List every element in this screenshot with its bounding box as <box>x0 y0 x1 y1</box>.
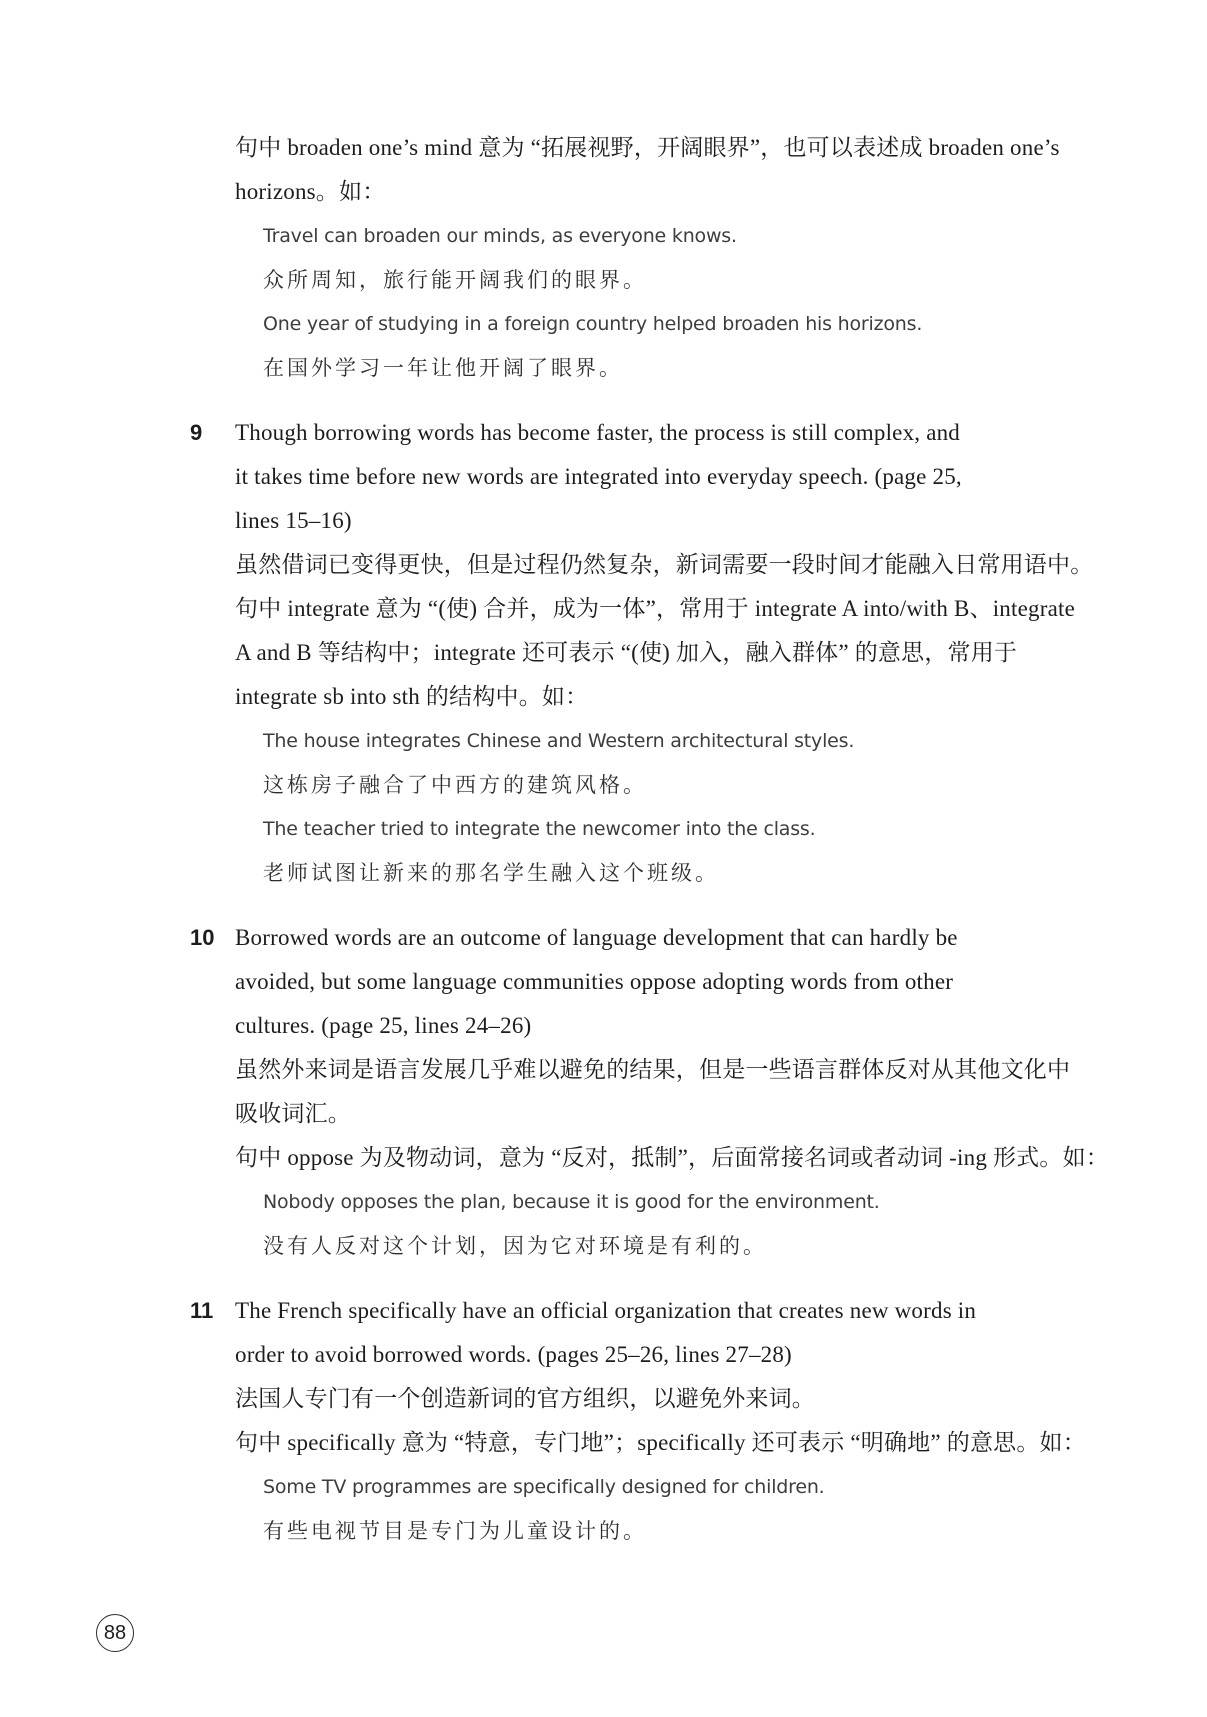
content-area: 句中 broaden one’s mind 意为 “拓展视野，开阔眼界”，也可以… <box>190 126 1070 1553</box>
text-line: 虽然借词已变得更快，但是过程仍然复杂，新词需要一段时间才能融入日常用语中。 <box>235 543 1070 587</box>
text-line: 句中 oppose 为及物动词，意为 “反对，抵制”，后面常接名词或者动词 -i… <box>235 1136 1070 1180</box>
text-line: Travel can broaden our minds, as everyon… <box>263 214 1070 258</box>
text-line: 众所周知，旅行能开阔我们的眼界。 <box>263 258 1070 302</box>
text-line: 虽然外来词是语言发展几乎难以避免的结果，但是一些语言群体反对从其他文化中 <box>235 1048 1070 1092</box>
text-line: The house integrates Chinese and Western… <box>263 719 1070 763</box>
text-line: 老师试图让新来的那名学生融入这个班级。 <box>263 851 1070 895</box>
text-line: it takes time before new words are integ… <box>235 455 1070 499</box>
text-line: horizons。如： <box>235 170 1070 214</box>
text-line: 吸收词汇。 <box>235 1092 1070 1136</box>
text-line: A and B 等结构中；integrate 还可表示 “(使) 加入，融入群体… <box>235 631 1070 675</box>
text-line: 没有人反对这个计划，因为它对环境是有利的。 <box>263 1224 1070 1268</box>
text-line: 句中 specifically 意为 “特意，专门地”；specifically… <box>235 1421 1070 1465</box>
text-line: Borrowed words are an outcome of languag… <box>235 916 1070 960</box>
content-block: 10 Borrowed words are an outcome of lang… <box>190 916 1070 1268</box>
text-line: One year of studying in a foreign countr… <box>263 302 1070 346</box>
text-line: cultures. (page 25, lines 24–26) <box>235 1004 1070 1048</box>
text-line: 有些电视节目是专门为儿童设计的。 <box>263 1509 1070 1553</box>
item-number: 10 <box>190 916 230 960</box>
text-line: Some TV programmes are specifically desi… <box>263 1465 1070 1509</box>
text-line: The French specifically have an official… <box>235 1289 1070 1333</box>
page-number-badge: 88 <box>96 1614 134 1652</box>
text-line: lines 15–16) <box>235 499 1070 543</box>
text-line: 句中 broaden one’s mind 意为 “拓展视野，开阔眼界”，也可以… <box>235 126 1070 170</box>
item-number: 11 <box>190 1289 230 1333</box>
page-number: 88 <box>104 1622 126 1645</box>
text-line: avoided, but some language communities o… <box>235 960 1070 1004</box>
content-block: 11 The French specifically have an offic… <box>190 1289 1070 1553</box>
item-number: 9 <box>190 411 230 455</box>
text-line: 这栋房子融合了中西方的建筑风格。 <box>263 763 1070 807</box>
text-line: 在国外学习一年让他开阔了眼界。 <box>263 346 1070 390</box>
content-block: 9 Though borrowing words has become fast… <box>190 411 1070 895</box>
text-line: 法国人专门有一个创造新词的官方组织，以避免外来词。 <box>235 1377 1070 1421</box>
text-line: 句中 integrate 意为 “(使) 合并，成为一体”，常用于 integr… <box>235 587 1070 631</box>
text-line: integrate sb into sth 的结构中。如： <box>235 675 1070 719</box>
text-line: Though borrowing words has become faster… <box>235 411 1070 455</box>
text-line: order to avoid borrowed words. (pages 25… <box>235 1333 1070 1377</box>
document-page: 句中 broaden one’s mind 意为 “拓展视野，开阔眼界”，也可以… <box>0 0 1207 1717</box>
text-line: The teacher tried to integrate the newco… <box>263 807 1070 851</box>
text-line: Nobody opposes the plan, because it is g… <box>263 1180 1070 1224</box>
content-block: 句中 broaden one’s mind 意为 “拓展视野，开阔眼界”，也可以… <box>190 126 1070 390</box>
